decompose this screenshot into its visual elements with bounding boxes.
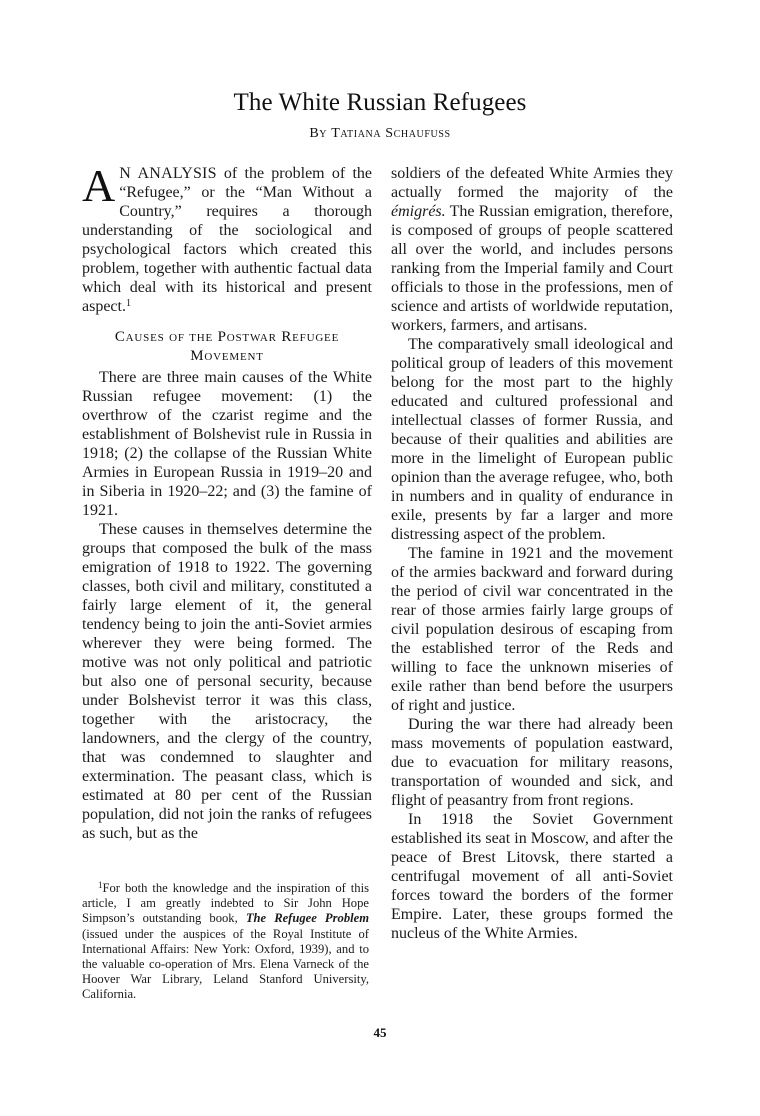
footnote-text-after: (issued under the auspices of the Royal …	[82, 927, 369, 1002]
left-column: AN ANALYSIS of the problem of the “Refug…	[82, 164, 372, 843]
byline: By Tatiana Schaufuss	[0, 125, 760, 143]
lead-caps: N ANALYSIS	[119, 165, 216, 182]
byline-prefix: By	[309, 126, 327, 141]
continuation-text-after: The Russian emigration, therefore, is co…	[391, 203, 673, 334]
footnote-ref: 1	[126, 298, 131, 309]
body-paragraph: In 1918 the Soviet Government establishe…	[391, 810, 673, 943]
body-paragraph: There are three main causes of the White…	[82, 368, 372, 520]
footnote-book-title: The Refugee Problem	[246, 911, 369, 925]
continuation-paragraph: soldiers of the defeated White Armies th…	[391, 164, 673, 335]
body-paragraph: During the war there had already been ma…	[391, 715, 673, 810]
section-heading-line-2: Movement	[82, 347, 372, 366]
author-name: Tatiana Schaufuss	[331, 126, 451, 141]
body-paragraph: These causes in themselves determine the…	[82, 520, 372, 843]
section-heading-line-1: Causes of the Postwar Refugee	[82, 328, 372, 347]
section-heading: Causes of the Postwar Refugee Movement	[82, 328, 372, 366]
body-paragraph: The famine in 1921 and the movement of t…	[391, 544, 673, 715]
emigres-italic: émigrés.	[391, 203, 446, 220]
right-column: soldiers of the defeated White Armies th…	[391, 164, 673, 943]
intro-paragraph: AN ANALYSIS of the problem of the “Refug…	[82, 164, 372, 316]
intro-text: of the problem of the “Refugee,” or the …	[82, 165, 372, 315]
footnote: 1For both the knowledge and the inspirat…	[82, 881, 369, 1003]
drop-cap: A	[82, 167, 115, 204]
continuation-text-before: soldiers of the defeated White Armies th…	[391, 165, 673, 201]
body-paragraph: The comparatively small ideological and …	[391, 335, 673, 544]
article-title: The White Russian Refugees	[0, 88, 760, 118]
page-number: 45	[0, 1025, 760, 1041]
